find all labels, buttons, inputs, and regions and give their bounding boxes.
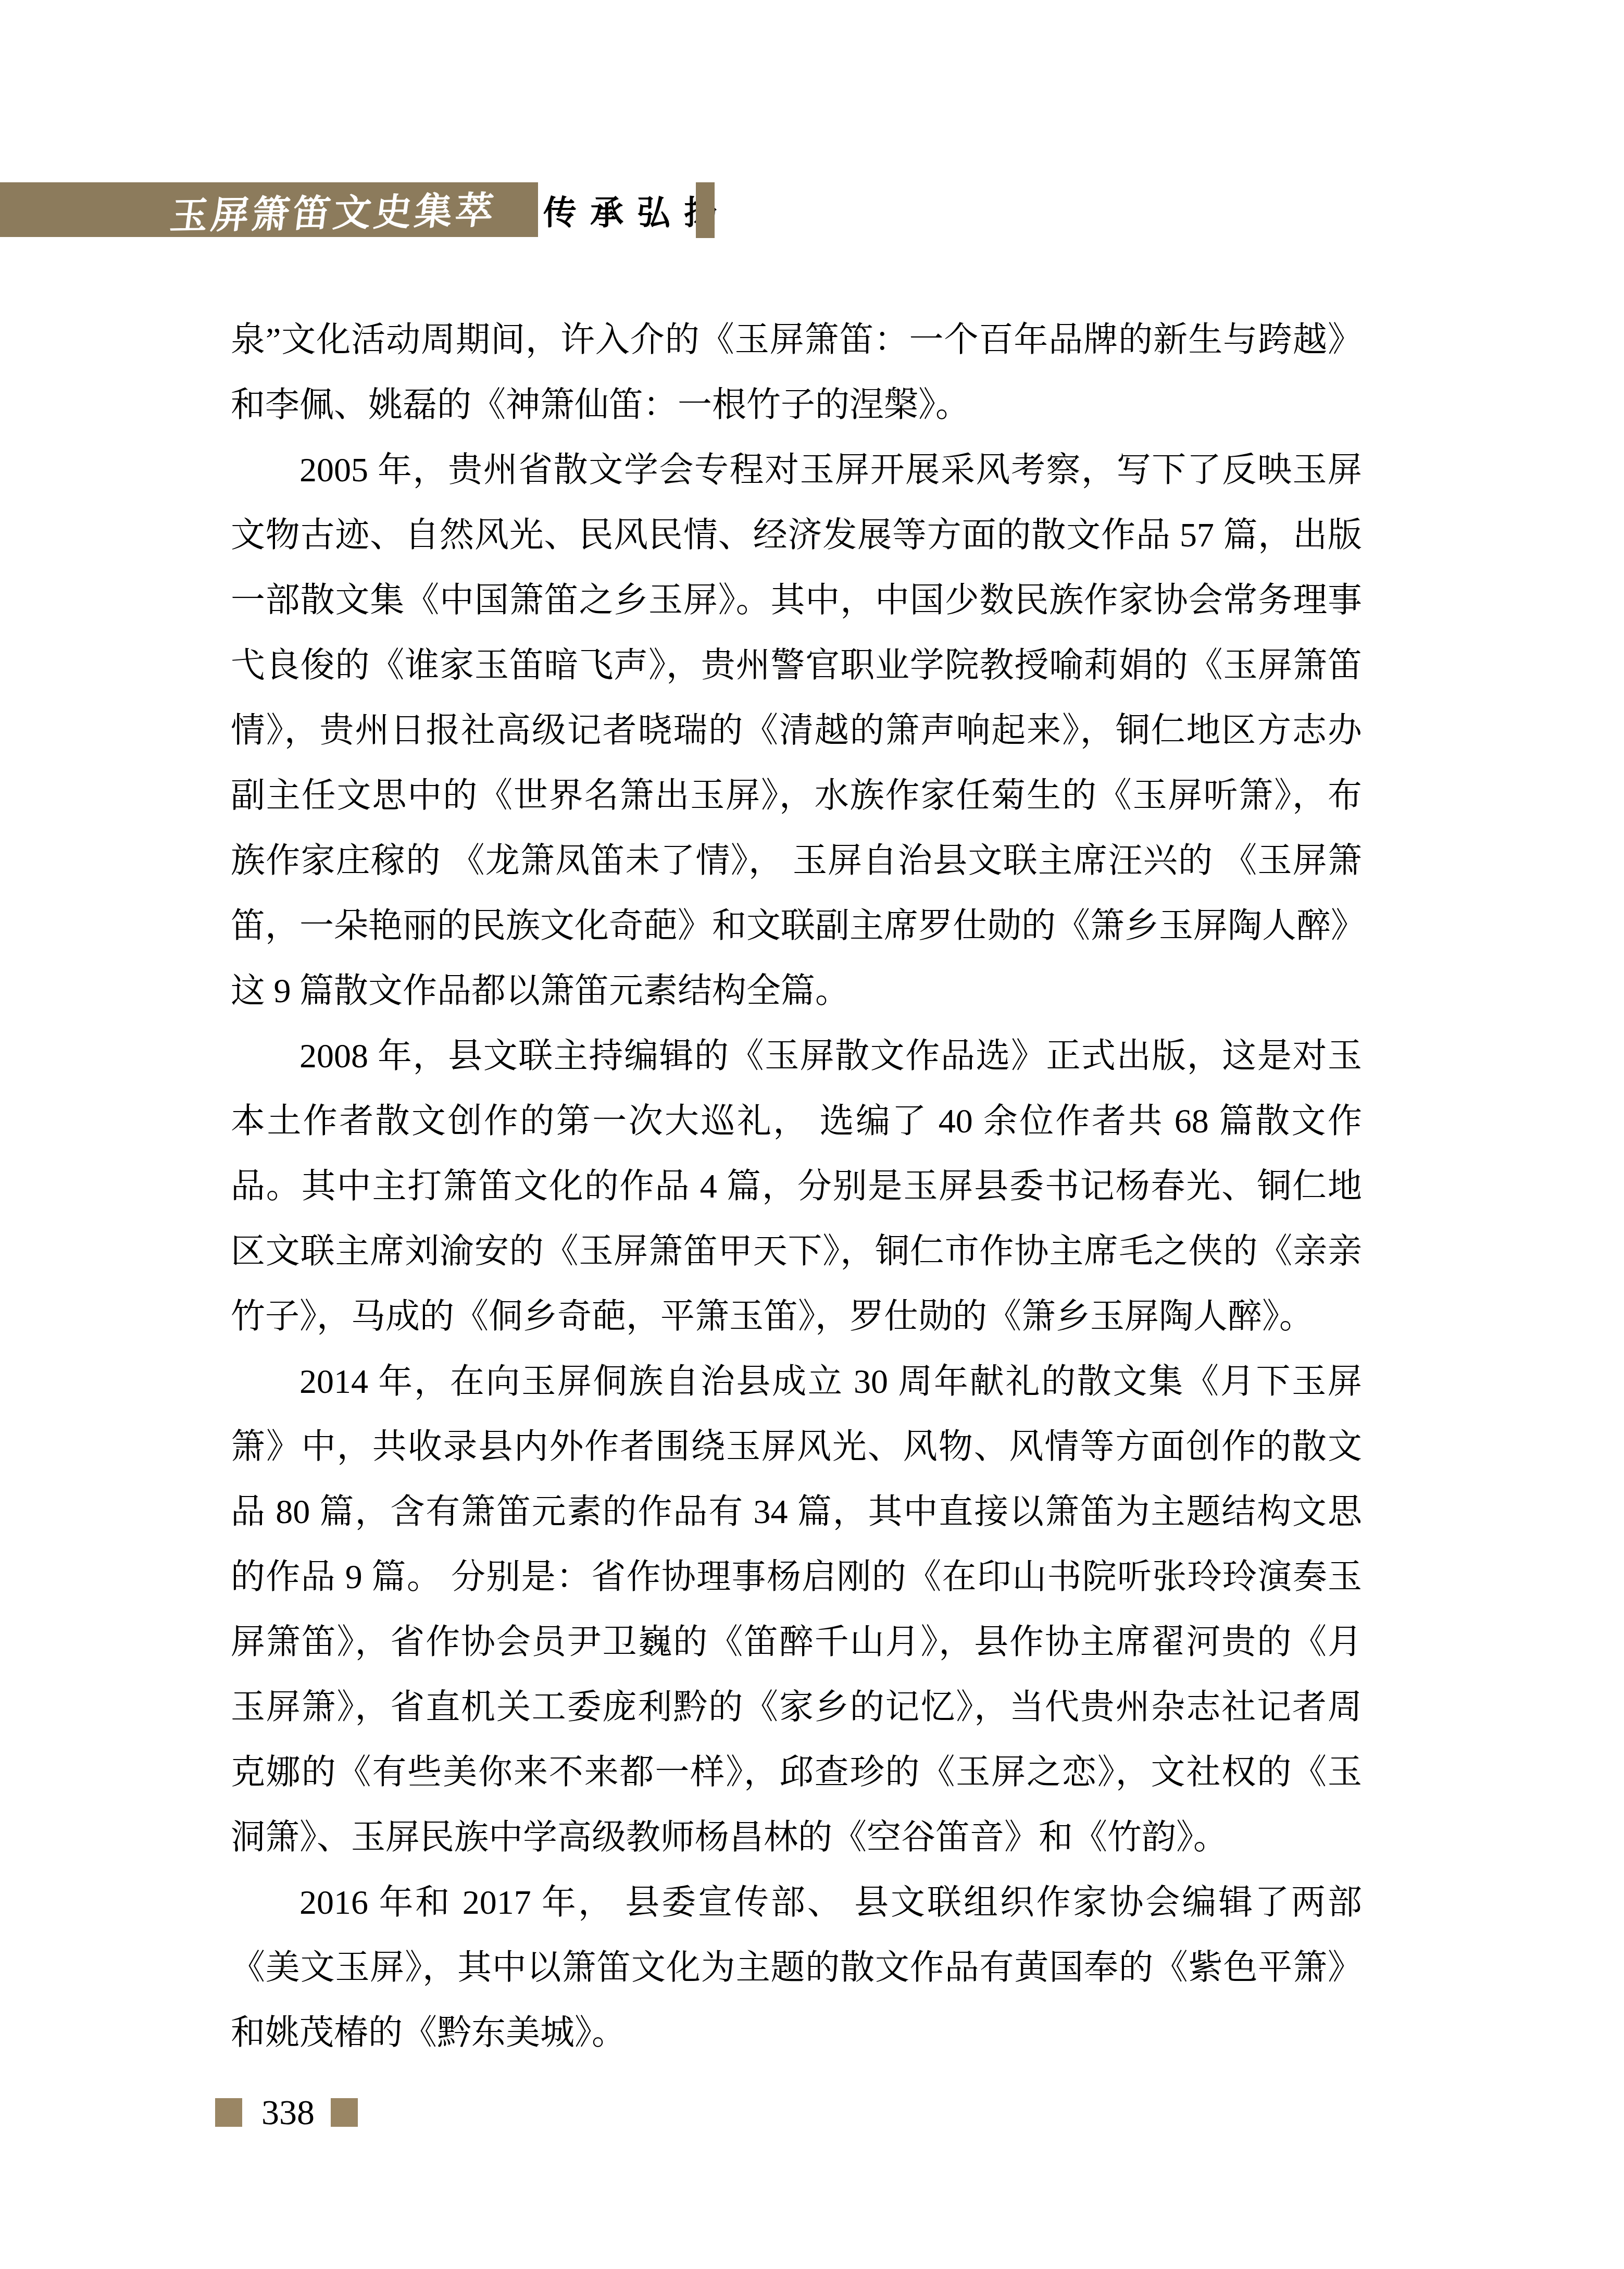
text-line: 玉屏箫》，省直机关工委庞利黔的《家乡的记忆》，当代贵州杂志社记者周 [231, 1675, 1362, 1740]
footer-left-marker [215, 2098, 242, 2127]
text-line: 2014 年，在向玉屏侗族自治县成立 30 周年献礼的散文集《月下玉屏 [231, 1349, 1362, 1414]
text-line: 本土作者散文创作的第一次大巡礼， 选编了 40 余位作者共 68 篇散文作 [231, 1089, 1362, 1154]
text-line: 区文联主席刘渝安的《玉屏箫笛甲天下》，铜仁市作协主席毛之侠的《亲亲 [231, 1219, 1362, 1284]
text-line: 竹子》，马成的《侗乡奇葩，平箫玉笛》，罗仕勋的《箫乡玉屏陶人醉》。 [231, 1284, 1362, 1349]
text-line: 泉”文化活动周期间，许入介的《玉屏箫笛：一个百年品牌的新生与跨越》 [231, 307, 1362, 372]
book-page: 玉屏箫笛文史集萃 传承弘扬 泉”文化活动周期间，许入介的《玉屏箫笛：一个百年品牌… [0, 0, 1624, 2269]
text-line: 一部散文集《中国箫笛之乡玉屏》。其中，中国少数民族作家协会常务理事 [231, 568, 1362, 633]
text-line: 和李佩、姚磊的《神箫仙笛：一根竹子的涅槃》。 [231, 372, 1362, 438]
text-line: 弋良俊的《谁家玉笛暗飞声》，贵州警官职业学院教授喻莉娟的《玉屏箫笛 [231, 633, 1362, 698]
text-line: 箫》中，共收录县内外作者围绕玉屏风光、风物、风情等方面创作的散文作 [231, 1414, 1362, 1479]
text-line: 屏箫笛》，省作协会员尹卫巍的《笛醉千山月》，县作协主席翟河贵的《月下 [231, 1610, 1362, 1675]
footer-right-marker [331, 2098, 358, 2127]
page-number: 338 [245, 2095, 331, 2129]
body-text: 泉”文化活动周期间，许入介的《玉屏箫笛：一个百年品牌的新生与跨越》和李佩、姚磊的… [231, 307, 1362, 2065]
text-line: 《美文玉屏》，其中以箫笛文化为主题的散文作品有黄国奉的《紫色平箫》 [231, 1935, 1362, 2000]
text-line: 文物古迹、自然风光、民风民情、经济发展等方面的散文作品 57 篇，出版 [231, 503, 1362, 568]
text-line: 品。其中主打箫笛文化的作品 4 篇，分别是玉屏县委书记杨春光、铜仁地 [231, 1154, 1362, 1219]
text-line: 情》，贵州日报社高级记者晓瑞的《清越的箫声响起来》，铜仁地区方志办 [231, 698, 1362, 763]
text-line: 笛，一朵艳丽的民族文化奇葩》和文联副主席罗仕勋的《箫乡玉屏陶人醉》 [231, 893, 1362, 958]
text-line: 和姚茂椿的《黔东美城》。 [231, 2000, 1362, 2065]
text-line: 2008 年，县文联主持编辑的《玉屏散文作品选》正式出版，这是对玉屏 [231, 1024, 1362, 1089]
text-line: 克娜的《有些美你来不来都一样》，邱查珍的《玉屏之恋》，文社权的《玉屏 [231, 1740, 1362, 1805]
header-calligraphy-title: 玉屏箫笛文史集萃 [168, 180, 500, 240]
text-line: 这 9 篇散文作品都以箫笛元素结构全篇。 [231, 958, 1362, 1024]
header-band: 玉屏箫笛文史集萃 [0, 182, 538, 237]
text-line: 族作家庄稼的 《龙箫凤笛未了情》， 玉屏自治县文联主席汪兴的 《玉屏箫 [231, 828, 1362, 893]
text-line: 2005 年，贵州省散文学会专程对玉屏开展采风考察，写下了反映玉屏 [231, 438, 1362, 503]
text-line: 2016 年和 2017 年， 县委宣传部、 县文联组织作家协会编辑了两部 [231, 1870, 1362, 1935]
text-line: 副主任文思中的《世界名箫出玉屏》，水族作家任菊生的《玉屏听箫》，布依 [231, 763, 1362, 828]
header-accent-block [696, 182, 715, 238]
text-line: 洞箫》、玉屏民族中学高级教师杨昌林的《空谷笛音》和《竹韵》。 [231, 1805, 1362, 1870]
text-line: 品 80 篇，含有箫笛元素的作品有 34 篇，其中直接以箫笛为主题结构文思 [231, 1479, 1362, 1544]
text-line: 的作品 9 篇。 分别是：省作协理事杨启刚的《在印山书院听张玲玲演奏玉 [231, 1544, 1362, 1610]
